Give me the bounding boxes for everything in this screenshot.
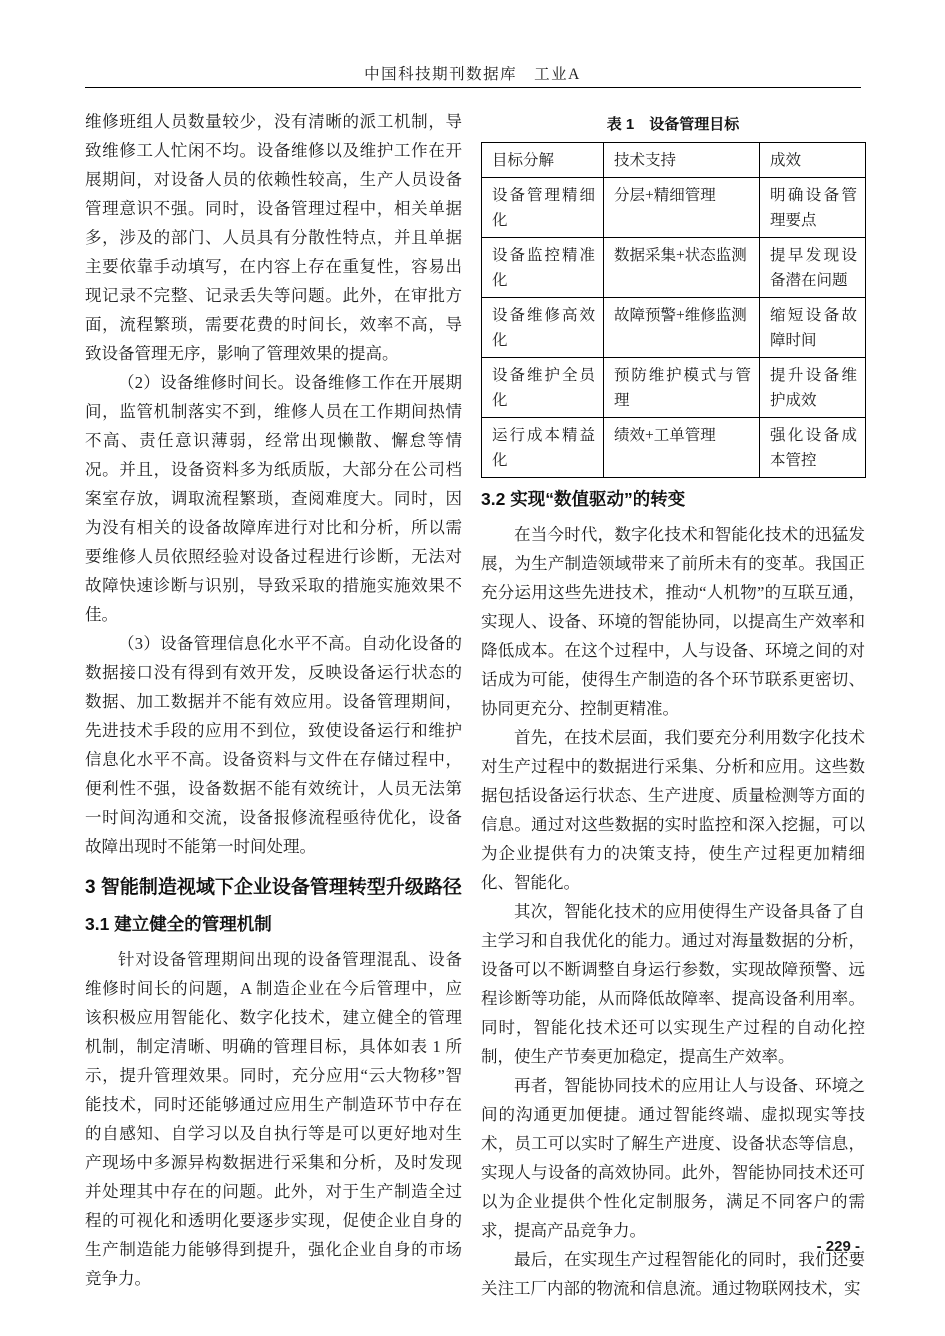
header-rule — [85, 87, 861, 88]
body-paragraph: （2）设备维修时间长。设备维修工作在开展期间，监管机制落实不到，维修人员在工作期… — [85, 368, 462, 629]
body-paragraph: 在当今时代，数字化技术和智能化技术的迅猛发展，为生产制造领域带来了前所未有的变革… — [481, 520, 865, 723]
body-paragraph: 首先，在技术层面，我们要充分利用数字化技术对生产过程中的数据进行采集、分析和应用… — [481, 723, 865, 897]
paper-page: 中国科技期刊数据库 工业A 维修班组人员数量较少，没有清晰的派工机制，导致维修工… — [0, 0, 945, 1336]
table-row: 运行成本精益化 绩效+工单管理 强化设备成本管控 — [482, 418, 866, 478]
body-paragraph: 最后，在实现生产过程智能化的同时，我们还要关注工厂内部的物流和信息流。通过物联网… — [481, 1245, 865, 1303]
table-cell: 缩短设备故障时间 — [760, 298, 866, 358]
table-cell: 绩效+工单管理 — [604, 418, 760, 478]
section-3-2-heading: 3.2 实现“数值驱动”的转变 — [481, 486, 865, 512]
table-cell: 设备维修高效化 — [482, 298, 604, 358]
table-header-cell: 成效 — [760, 143, 866, 178]
table-row: 设备监控精准化 数据采集+状态监测 提早发现设备潜在问题 — [482, 238, 866, 298]
page-number: - 229 - — [817, 1238, 860, 1255]
table-cell: 预防维护模式与管理 — [604, 358, 760, 418]
table-cell: 数据采集+状态监测 — [604, 238, 760, 298]
body-paragraph: 针对设备管理期间出现的设备管理混乱、设备维修时间长的问题，A 制造企业在今后管理… — [85, 945, 462, 1293]
body-paragraph: 维修班组人员数量较少，没有清晰的派工机制，导致维修工人忙闲不均。设备维修以及维护… — [85, 107, 462, 368]
table-header-cell: 技术支持 — [604, 143, 760, 178]
table-cell: 提早发现设备潜在问题 — [760, 238, 866, 298]
table-cell: 运行成本精益化 — [482, 418, 604, 478]
right-column: 表 1 设备管理目标 目标分解 技术支持 成效 设备管理精细化 分层+精细管理 … — [481, 107, 865, 1303]
table-cell: 提升设备维护成效 — [760, 358, 866, 418]
table-cell: 故障预警+维修监测 — [604, 298, 760, 358]
left-column: 维修班组人员数量较少，没有清晰的派工机制，导致维修工人忙闲不均。设备维修以及维护… — [85, 107, 462, 1293]
body-paragraph: （3）设备管理信息化水平不高。自动化设备的数据接口没有得到有效开发，反映设备运行… — [85, 629, 462, 861]
journal-header: 中国科技期刊数据库 工业A — [0, 62, 945, 84]
table-cell: 明确设备管理要点 — [760, 178, 866, 238]
table-1-title: 表 1 设备管理目标 — [481, 113, 865, 134]
body-paragraph: 其次，智能化技术的应用使得生产设备具备了自主学习和自我优化的能力。通过对海量数据… — [481, 897, 865, 1071]
body-paragraph: 再者，智能协同技术的应用让人与设备、环境之间的沟通更加便捷。通过智能终端、虚拟现… — [481, 1071, 865, 1245]
section-3-1-heading: 3.1 建立健全的管理机制 — [85, 911, 462, 937]
table-row: 设备维修高效化 故障预警+维修监测 缩短设备故障时间 — [482, 298, 866, 358]
table-row: 设备管理精细化 分层+精细管理 明确设备管理要点 — [482, 178, 866, 238]
table-cell: 设备维护全员化 — [482, 358, 604, 418]
table-cell: 设备监控精准化 — [482, 238, 604, 298]
table-row: 设备维护全员化 预防维护模式与管理 提升设备维护成效 — [482, 358, 866, 418]
table-header-cell: 目标分解 — [482, 143, 604, 178]
equipment-goals-table: 目标分解 技术支持 成效 设备管理精细化 分层+精细管理 明确设备管理要点 设备… — [481, 142, 866, 478]
table-cell: 分层+精细管理 — [604, 178, 760, 238]
section-3-heading: 3 智能制造视域下企业设备管理转型升级路径 — [85, 872, 462, 903]
table-header-row: 目标分解 技术支持 成效 — [482, 143, 866, 178]
table-cell: 强化设备成本管控 — [760, 418, 866, 478]
table-cell: 设备管理精细化 — [482, 178, 604, 238]
